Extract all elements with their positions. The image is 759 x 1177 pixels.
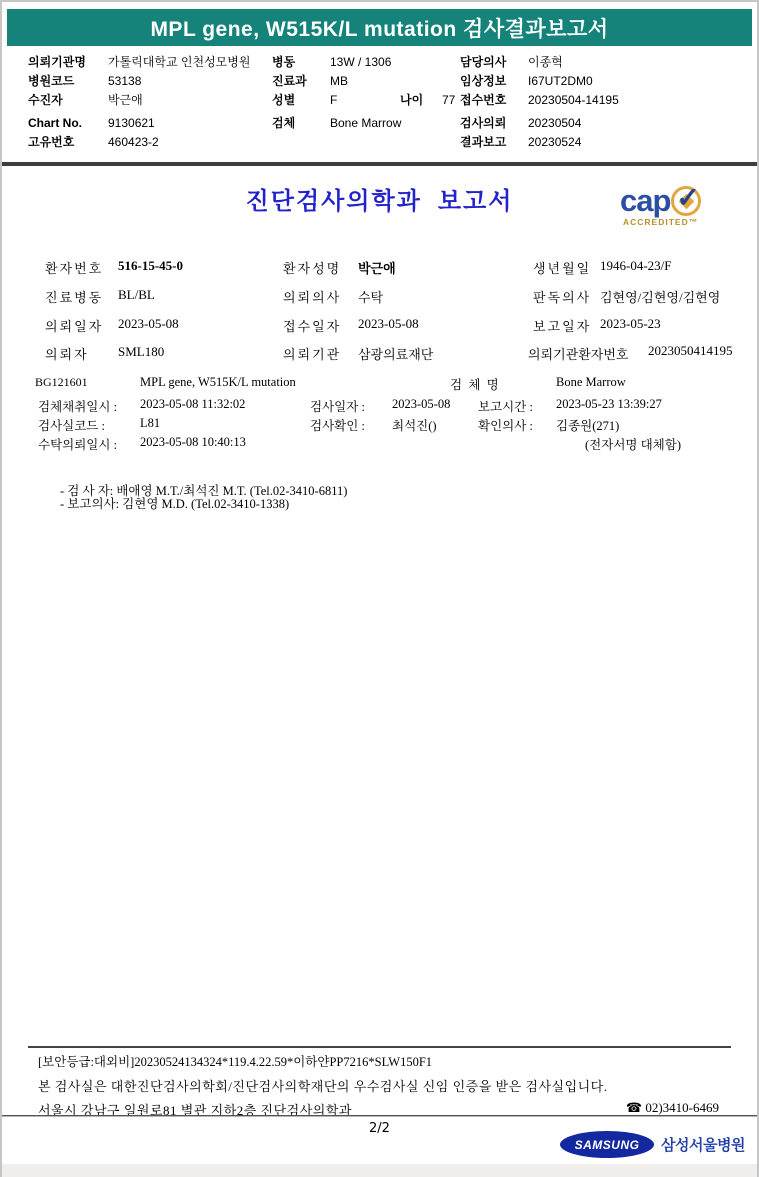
security-line: [보안등급:대외비]20230524134324*119.4.22.59*이하얀… [38,1052,432,1070]
field-label: 의뢰의사 [283,287,341,306]
field-row: 성별F나이77 [272,91,457,110]
field-value: 2023-05-08 [118,316,179,332]
field-value: 2023-05-08 [392,397,450,412]
field-value: 2023-05-23 13:39:27 [556,397,662,412]
field-label: 검체채취일시 : [38,397,117,415]
field-label: 의뢰기관환자번호 [528,344,628,363]
patient-row: 진료병동BL/BL 의뢰의사수탁 판독의사김현영/김현영/김현영 [0,287,759,304]
field-label: 보고일자 [533,316,591,335]
patient-row: 환자번호516-15-45-0 환자성명박근애 생년월일1946-04-23/F [0,258,759,275]
field-value: MB [330,72,348,91]
field-row: 병원코드53138 [28,72,263,91]
samsung-hospital-logo: SAMSUNG 삼성서울병원 [560,1131,745,1158]
field-label: 수탁의뢰일시 : [38,435,117,453]
field-value: 20230504 [528,114,581,133]
field-row: 병동13W / 1306 [272,53,457,72]
security-rule [28,1046,731,1048]
field-row: 의뢰기관명가톨릭대학교 인천성모병원 [28,53,263,72]
accreditation-line: 본 검사실은 대한진단검사의학회/진단검사의학재단의 우수검사실 신임 인증을 … [38,1076,608,1095]
cap-accredited-text: ACCREDITED™ [620,217,724,227]
field-label: 접수일자 [283,316,341,335]
field-value: 53138 [108,72,141,91]
field-label: Chart No. [28,114,108,133]
field-label: 환자번호 [45,258,103,277]
field-label: 접수번호 [460,91,528,110]
field-label: 진료과 [272,72,330,91]
field-row: 검사의뢰20230504 [460,114,740,133]
patient-row: 의뢰일자2023-05-08 접수일자2023-05-08 보고일자2023-0… [0,316,759,333]
phone-number: 02)3410-6469 [645,1100,719,1115]
field-value: 20230504-14195 [528,91,619,110]
patient-name: 박근애 [358,258,396,277]
field-label: 검사실코드 : [38,416,105,434]
page-frame [0,0,759,1177]
field-value: 박근애 [108,91,143,110]
header-middle-column: 병동13W / 1306 진료과MB 성별F나이77 검체Bone Marrow [272,53,457,133]
field-label: 의뢰자 [45,344,89,363]
field-label: 결과보고 [460,133,528,152]
test-header-row: BG121601 MPL gene, W515K/L mutation 검 체 … [0,375,759,392]
field-value: 김종원(271) [556,416,619,434]
field-value: 2023-05-08 11:32:02 [140,397,245,412]
report-title: MPL gene, W515K/L mutation 검사결과보고서 [150,13,608,43]
field-value: Bone Marrow [330,114,401,133]
field-label: 임상정보 [460,72,528,91]
esignature-note: (전자서명 대체함) [585,435,681,453]
field-label: 의뢰일자 [45,316,103,335]
header-left-column: 의뢰기관명가톨릭대학교 인천성모병원 병원코드53138 수진자박근애 Char… [28,53,263,152]
field-label: 환자성명 [283,258,341,277]
field-value: 2023050414195 [648,344,736,357]
specimen-label: 검 체 명 [450,375,499,393]
field-value: 2023-05-23 [600,316,661,332]
field-label: 검사의뢰 [460,114,528,133]
field-value: 460423-2 [108,133,159,152]
patient-number: 516-15-45-0 [118,258,183,274]
field-value: 2023-05-08 10:40:13 [140,435,246,450]
patient-row: 의뢰자SML180 의뢰기관삼광의료재단 의뢰기관환자번호20230504141… [0,344,759,361]
field-row: 고유번호460423-2 [28,133,263,152]
field-value: 삼광의료재단 [358,344,433,363]
field-row: 담당의사이종혁 [460,53,740,72]
field-label: 성별 [272,91,330,110]
field-label: 생년월일 [533,258,591,277]
field-label: 담당의사 [460,53,528,72]
field-value: I67UT2DM0 [528,72,593,91]
cap-accredited-logo: cap ✓ ACCREDITED™ [620,186,724,227]
field-label: 고유번호 [28,133,108,152]
test-detail-row: 검사실코드 :L81 검사확인 :최석진() 확인의사 :김종원(271) [0,416,759,433]
cap-wordmark: cap [620,186,670,216]
test-name: MPL gene, W515K/L mutation [140,375,296,390]
field-label: 수진자 [28,91,108,110]
reporting-doctor-line: - 보고의사: 김현영 M.D. (Tel.02-3410-1338) [60,494,289,512]
test-detail-row: 수탁의뢰일시 :2023-05-08 10:40:13 (전자서명 대체함) [0,435,759,452]
cap-seal-icon: ✓ [671,186,701,216]
field-value: 수탁 [358,287,383,306]
field-value: 20230524 [528,133,581,152]
field-label: 판독의사 [533,287,591,306]
field-label: 의뢰기관명 [28,53,108,72]
field-row: 수진자박근애 [28,91,263,110]
field-value: 김현영/김현영/김현영 [600,287,720,306]
field-label: 진료병동 [45,287,103,306]
specimen-value: Bone Marrow [556,375,626,390]
field-value: 이종혁 [528,53,563,72]
field-row: Chart No.9130621 [28,114,263,133]
field-value: L81 [140,416,160,431]
field-row: 임상정보I67UT2DM0 [460,72,740,91]
field-row: 접수번호20230504-14195 [460,91,740,110]
cap-logo-row: cap ✓ [620,186,724,216]
field-label: 의뢰기관 [283,344,341,363]
field-label: 검체 [272,114,330,133]
field-value: 9130621 [108,114,155,133]
field-value: F [330,91,400,110]
section-divider [0,162,759,166]
samsung-oval-icon: SAMSUNG [560,1131,654,1158]
field-label: 병동 [272,53,330,72]
field-label: 확인의사 : [478,416,533,434]
field-label: 나이 [400,91,442,110]
field-value: BL/BL [118,287,155,303]
field-label: 검사확인 : [310,416,365,434]
test-code: BG121601 [35,375,88,390]
header-right-column: 담당의사이종혁 임상정보I67UT2DM0 접수번호20230504-14195… [460,53,740,152]
field-label: 보고시간 : [478,397,533,415]
checkmark-icon: ✓ [676,181,699,214]
report-title-bar: MPL gene, W515K/L mutation 검사결과보고서 [7,9,752,46]
field-label: 병원코드 [28,72,108,91]
footer-rule [0,1115,759,1117]
test-detail-row: 검체채취일시 :2023-05-08 11:32:02 검사일자 :2023-0… [0,397,759,414]
hospital-name: 삼성서울병원 [661,1134,745,1155]
bottom-strip [0,1164,759,1177]
field-value: 2023-05-08 [358,316,419,332]
field-row: 진료과MB [272,72,457,91]
phone-line: ☎ 02)3410-6469 [626,1100,719,1116]
field-value: 77 [442,91,455,110]
field-value: 13W / 1306 [330,53,391,72]
field-value: SML180 [118,344,164,360]
field-value: 가톨릭대학교 인천성모병원 [108,53,250,72]
field-row: 검체Bone Marrow [272,114,457,133]
field-value: 최석진() [392,416,437,434]
field-value: 1946-04-23/F [600,258,672,274]
field-label: 검사일자 : [310,397,365,415]
phone-icon: ☎ [626,1100,642,1115]
samsung-wordmark: SAMSUNG [575,1138,640,1152]
field-row: 결과보고20230524 [460,133,740,152]
